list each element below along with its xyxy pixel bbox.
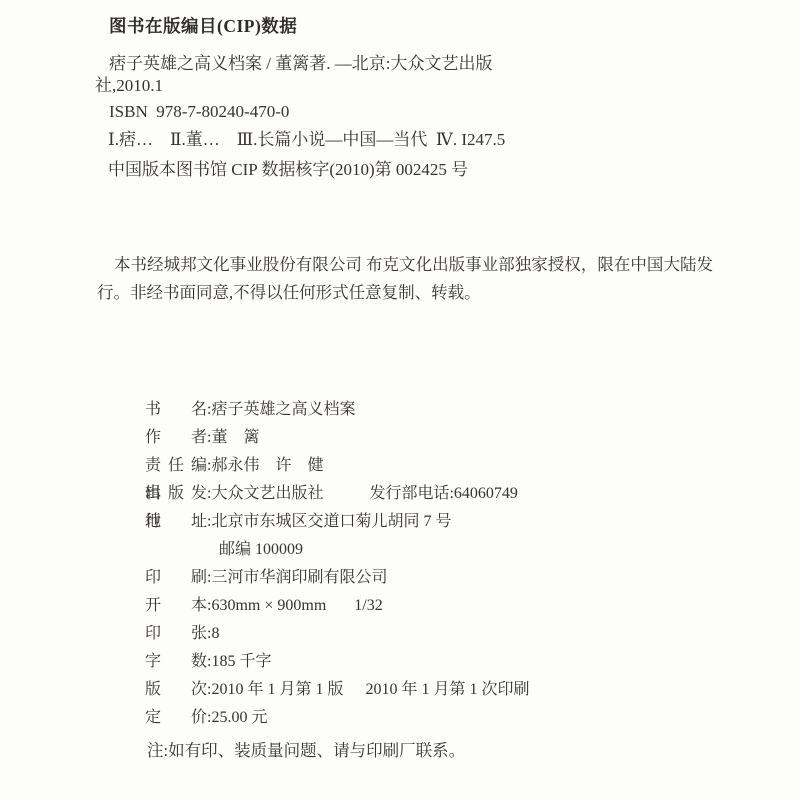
cip-catalog-entry: 痞子英雄之高义档案 / 董篱著. —北京:大众文艺出版社,2010.1 bbox=[95, 53, 513, 97]
colophon-row-printer: 印刷:三河市华润印刷有限公司 bbox=[145, 564, 705, 592]
colophon-row-wordcount: 字数:185 千字 bbox=[145, 648, 705, 676]
cip-record-number-line: 中国版本图书馆 CIP 数据核字(2010)第 002425 号 bbox=[95, 159, 615, 181]
colophon-row-book-title: 书名:痞子英雄之高义档案 bbox=[145, 396, 705, 424]
cip-data-block: 图书在版编目(CIP)数据 痞子英雄之高义档案 / 董篱著. —北京:大众文艺出… bbox=[95, 14, 615, 181]
row-value: 郝永伟 许 健 bbox=[211, 457, 323, 474]
colophon-row-address: 地址:北京市东城区交道口菊儿胡同 7 号 bbox=[145, 508, 705, 536]
row-value: 董 篱 bbox=[211, 429, 259, 446]
row-label: 开本 bbox=[145, 592, 207, 620]
row-label: 定价 bbox=[145, 704, 207, 732]
row-label: 作者 bbox=[145, 424, 207, 452]
colophon-row-postcode: 邮编 100009 bbox=[145, 536, 705, 564]
row-value-printing: 2010 年 1 月第 1 次印刷 bbox=[365, 681, 529, 698]
row-value: 大众文艺出版社 bbox=[211, 485, 323, 502]
row-value: 2010 年 1 月第 1 版 bbox=[211, 681, 343, 698]
colophon-list: 书名:痞子英雄之高义档案 作者:董 篱 责任编辑:郝永伟 许 健 出版发行:大众… bbox=[145, 396, 705, 732]
row-value: 三河市华润印刷有限公司 bbox=[211, 569, 387, 586]
row-label: 地址 bbox=[145, 508, 207, 536]
row-value: 630mm × 900mm bbox=[211, 597, 326, 614]
colophon-row-author: 作者:董 篱 bbox=[145, 424, 705, 452]
row-label: 版次 bbox=[145, 676, 207, 704]
colophon-row-sheets: 印张:8 bbox=[145, 620, 705, 648]
isbn-line: ISBN 978-7-80240-470-0 bbox=[95, 101, 615, 123]
colophon-row-publisher: 出版发行:大众文艺出版社发行部电话:64060749 bbox=[145, 480, 705, 508]
row-value-fraction: 1/32 bbox=[354, 597, 382, 614]
license-paragraph: 本书经城邦文化事业股份有限公司 布克文化出版事业部独家授权，限在中国大陆发行。非… bbox=[97, 251, 713, 306]
colophon-row-edition: 版次:2010 年 1 月第 1 版2010 年 1 月第 1 次印刷 bbox=[145, 676, 705, 704]
colophon-row-editor: 责任编辑:郝永伟 许 健 bbox=[145, 452, 705, 480]
colophon-row-price: 定价:25.00 元 bbox=[145, 704, 705, 732]
cip-header: 图书在版编目(CIP)数据 bbox=[95, 14, 615, 38]
row-value: 25.00 元 bbox=[211, 709, 267, 726]
row-value: 185 千字 bbox=[211, 653, 271, 670]
row-value-phone: 发行部电话:64060749 bbox=[369, 485, 517, 502]
quality-note: 注:如有印、装质量问题、请与印刷厂联系。 bbox=[147, 740, 465, 762]
row-value: 北京市东城区交道口菊儿胡同 7 号 bbox=[211, 513, 451, 530]
colophon-row-format: 开本:630mm × 900mm1/32 bbox=[145, 592, 705, 620]
row-label: 印刷 bbox=[145, 564, 207, 592]
row-value: 邮编 100009 bbox=[219, 541, 303, 558]
row-label: 字数 bbox=[145, 648, 207, 676]
row-value: 痞子英雄之高义档案 bbox=[211, 401, 355, 418]
row-label: 印张 bbox=[145, 620, 207, 648]
cip-classification-line: Ⅰ.痞… Ⅱ.董… Ⅲ.长篇小说—中国—当代 Ⅳ. I247.5 bbox=[95, 129, 615, 151]
row-label: 书名 bbox=[145, 396, 207, 424]
copyright-page: 图书在版编目(CIP)数据 痞子英雄之高义档案 / 董篱著. —北京:大众文艺出… bbox=[0, 0, 800, 800]
row-value: 8 bbox=[211, 625, 219, 642]
